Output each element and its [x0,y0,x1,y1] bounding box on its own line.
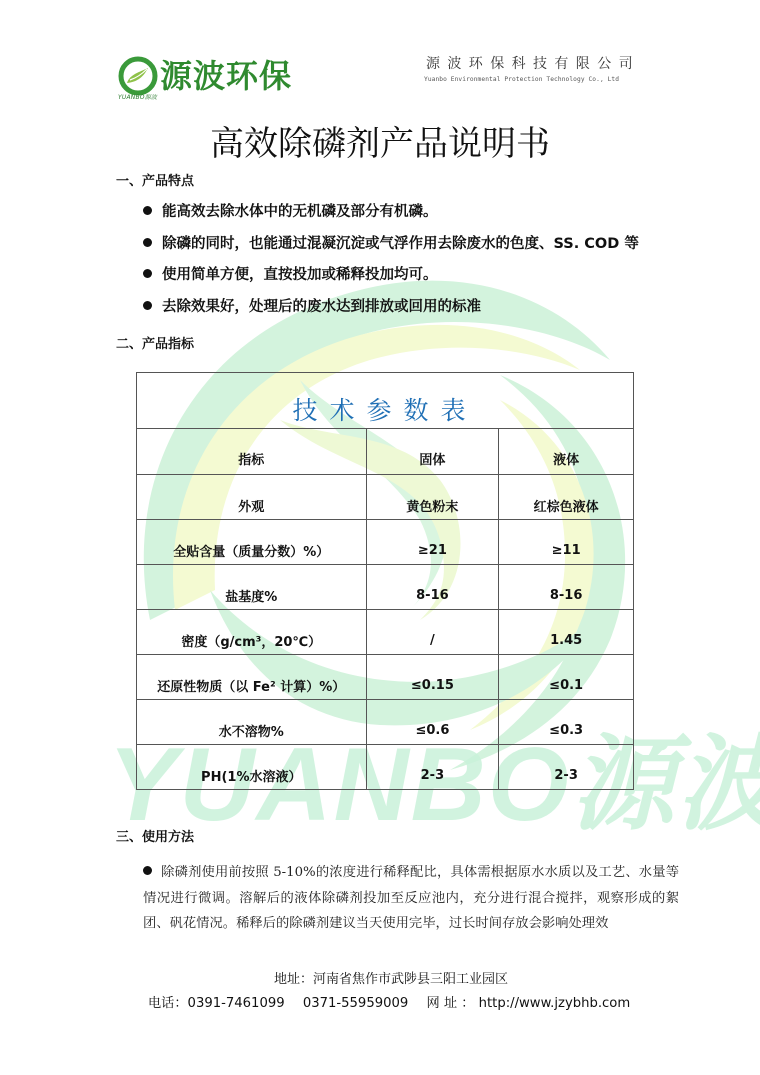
usage-paragraph: 除磷剂使用前按照 5-10%的浓度进行稀释配比，具体需根据原水水质以及工艺、水量… [143,860,679,937]
spec-table: 技术参数表 指标 固体 液体 外观 黄色粉末 红棕色液体 全贴含量（质量分数）%… [136,372,634,790]
bullet-icon [143,866,152,875]
table-cell: 1.45 [499,610,634,655]
table-cell: ≤0.1 [499,655,634,700]
footer-website[interactable]: 网 址 ： http://www.jzybhb.com [426,996,630,1011]
table-cell: ≤0.15 [366,655,499,700]
table-title-cell: 技术参数表 [137,373,634,429]
footer-phone: 电话：0391-7461099 [148,996,285,1011]
column-header: 液体 [499,429,634,475]
features-list: 能高效去除水体中的无机磷及部分有机磷。 除磷的同时，也能通过混凝沉淀或气浮作用去… [143,195,663,321]
company-name-en: Yuanbo Environmental Protection Technolo… [424,76,619,83]
document-title: 高效除磷剂产品说明书 [0,116,760,165]
table-cell: 全贴含量（质量分数）%） [137,520,367,565]
feature-text: 去除效果好，处理后的废水达到排放或回用的标准 [162,295,481,316]
table-row: 水不溶物% ≤0.6 ≤0.3 [137,700,634,745]
list-item: 使用简单方便，直按投加或稀释投加均可。 [143,258,663,290]
bullet-icon [143,206,152,215]
table-cell: 2-3 [366,745,499,790]
section-heading-usage: 三、使用方法 [116,826,194,845]
company-logo [118,56,158,96]
table-cell: 水不溶物% [137,700,367,745]
bullet-icon [143,269,152,278]
section-heading-specs: 二、产品指标 [116,333,194,352]
table-row: 盐基度% 8-16 8-16 [137,565,634,610]
table-cell: 密度（g/cm³，20℃） [137,610,367,655]
table-cell: / [366,610,499,655]
feature-text: 使用简单方便，直按投加或稀释投加均可。 [162,263,438,284]
company-name-cn: 源波环保科技有限公司 [426,53,640,73]
table-row: 密度（g/cm³，20℃） / 1.45 [137,610,634,655]
feature-text: 除磷的同时，也能通过混凝沉淀或气浮作用去除废水的色度、SS. COD 等 [162,232,639,253]
usage-text: 除磷剂使用前按照 5-10%的浓度进行稀释配比，具体需根据原水水质以及工艺、水量… [143,865,679,931]
footer-phone-2: 0371-55959009 [303,996,408,1011]
column-header: 指标 [137,429,367,475]
table-cell: ≥11 [499,520,634,565]
list-item: 去除效果好，处理后的废水达到排放或回用的标准 [143,290,663,322]
table-cell: 8-16 [499,565,634,610]
table-title: 技术参数表 [292,396,477,425]
table-cell: ≤0.3 [499,700,634,745]
table-cell: 2-3 [499,745,634,790]
table-cell: 外观 [137,475,367,520]
table-cell: 盐基度% [137,565,367,610]
table-row: PH(1%水溶液） 2-3 2-3 [137,745,634,790]
list-item: 除磷的同时，也能通过混凝沉淀或气浮作用去除废水的色度、SS. COD 等 [143,227,663,259]
table-cell: ≥21 [366,520,499,565]
table-cell: ≤0.6 [366,700,499,745]
table-cell: PH(1%水溶液） [137,745,367,790]
table-cell: 黄色粉末 [366,475,499,520]
table-cell: 红棕色液体 [499,475,634,520]
feature-text: 能高效去除水体中的无机磷及部分有机磷。 [162,200,438,221]
table-header-row: 指标 固体 液体 [137,429,634,475]
section-heading-features: 一、产品特点 [116,170,194,189]
table-row: 全贴含量（质量分数）%） ≥21 ≥11 [137,520,634,565]
bullet-icon [143,238,152,247]
table-row: 外观 黄色粉末 红棕色液体 [137,475,634,520]
footer-address: 地址：河南省焦作市武陟县三阳工业园区 [0,968,760,987]
list-item: 能高效去除水体中的无机磷及部分有机磷。 [143,195,663,227]
logo-caption: YUANBO源波 [118,92,157,101]
bullet-icon [143,301,152,310]
table-cell: 还原性物质（以 Fe² 计算）%） [137,655,367,700]
logo-leaf-icon [118,56,158,96]
logo-text: 源波环保 [160,56,292,96]
table-cell: 8-16 [366,565,499,610]
column-header: 固体 [366,429,499,475]
footer-contact: 电话：0391-7461099 0371-55959009 网 址 ： http… [148,992,644,1011]
table-row: 还原性物质（以 Fe² 计算）%） ≤0.15 ≤0.1 [137,655,634,700]
document-page: YUANBO源波 源波环保 源波环保科技有限公司 Yuanbo Environm… [0,0,760,1075]
